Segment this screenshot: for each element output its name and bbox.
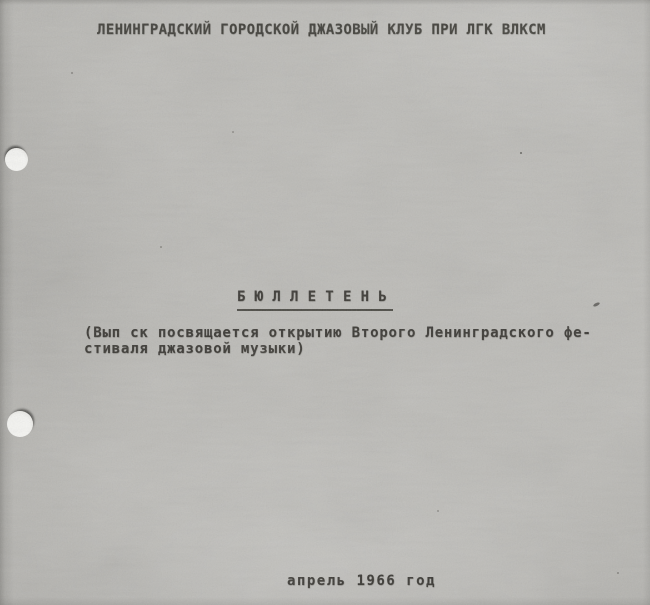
- ink-speck: [232, 131, 234, 133]
- ink-speck: [617, 572, 619, 574]
- document-date: апрель 1966 год: [287, 573, 436, 589]
- punch-hole-bottom: [7, 411, 33, 437]
- ink-speck: [520, 152, 522, 154]
- document-subtitle: (Вып ск посвящается открытию Второго Лен…: [84, 326, 592, 357]
- subtitle-line-2: стиваля джазовой музыки): [84, 342, 592, 358]
- document-header: ЛЕНИНГРАДСКИЙ ГОРОДСКОЙ ДЖАЗОВЫЙ КЛУБ ПР…: [97, 22, 546, 38]
- subtitle-line-1: (Вып ск посвящается открытию Второго Лен…: [84, 326, 592, 342]
- scanned-document-page: ЛЕНИНГРАДСКИЙ ГОРОДСКОЙ ДЖАЗОВЫЙ КЛУБ ПР…: [0, 0, 650, 605]
- document-title-block: Б Ю Л Л Е Т Е Н Ь: [237, 290, 393, 311]
- ink-speck: [437, 510, 439, 512]
- ink-speck: [71, 72, 73, 74]
- punch-hole-top: [5, 148, 28, 171]
- ink-speck: [160, 246, 162, 248]
- document-title: Б Ю Л Л Е Т Е Н Ь: [237, 290, 393, 311]
